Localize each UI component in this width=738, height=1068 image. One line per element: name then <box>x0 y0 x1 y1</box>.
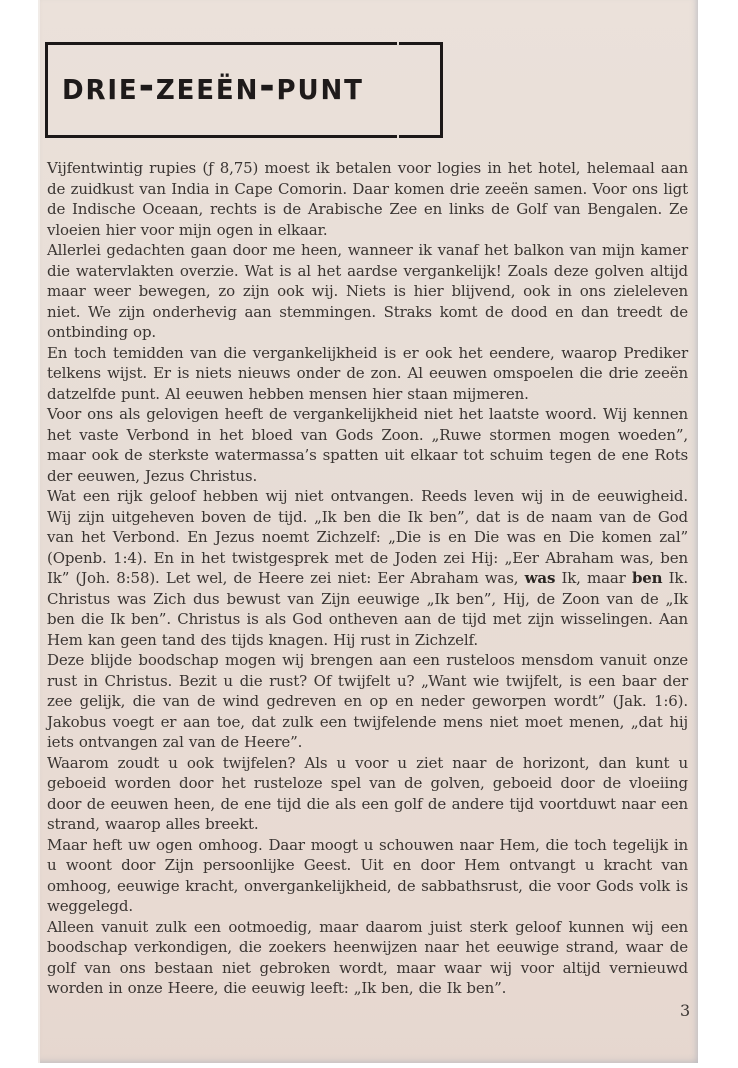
title-frame-break <box>397 42 399 46</box>
paragraph: En toch temidden van die vergankelijkhei… <box>47 343 688 405</box>
paragraph: Deze blijde boodschap mogen wij brengen … <box>47 650 688 753</box>
paragraph: Voor ons als gelovigen heeft de verganke… <box>47 404 688 486</box>
page-number: 3 <box>680 1001 690 1020</box>
paragraph-text: Waarom zoudt u ook twijfelen? Als u voor… <box>47 754 688 834</box>
title-frame-break <box>397 134 399 138</box>
paragraph: Alleen vanuit zulk een ootmoedig, maar d… <box>47 917 688 999</box>
paragraph-text: En toch temidden van die vergankelijkhei… <box>47 344 688 403</box>
paragraph-text: Vijfentwintig rupies (ƒ 8,75) moest ik b… <box>47 159 688 239</box>
paragraph-text: Deze blijde boodschap mogen wij brengen … <box>47 651 688 751</box>
paragraph-text: Ik, maar <box>555 569 632 587</box>
paragraph: Wat een rijk geloof hebben wij niet ontv… <box>47 486 688 650</box>
paragraph-text: Allerlei gedachten gaan door me heen, wa… <box>47 241 688 341</box>
paragraph: Vijfentwintig rupies (ƒ 8,75) moest ik b… <box>47 158 688 240</box>
paragraph-text: Voor ons als gelovigen heeft de verganke… <box>47 405 688 485</box>
paragraph: Maar heft uw ogen omhoog. Daar moogt u s… <box>47 835 688 917</box>
emphasized-word: was <box>525 569 556 587</box>
article-body: Vijfentwintig rupies (ƒ 8,75) moest ik b… <box>47 158 688 999</box>
page-title: drie-zeeën-punt <box>62 63 364 109</box>
paragraph-text: Alleen vanuit zulk een ootmoedig, maar d… <box>47 918 688 998</box>
paragraph: Waarom zoudt u ook twijfelen? Als u voor… <box>47 753 688 835</box>
paragraph-text: Maar heft uw ogen omhoog. Daar moogt u s… <box>47 836 688 916</box>
emphasized-word: ben <box>632 569 663 587</box>
paragraph: Allerlei gedachten gaan door me heen, wa… <box>47 240 688 343</box>
title-frame: drie-zeeën-punt <box>45 42 443 138</box>
